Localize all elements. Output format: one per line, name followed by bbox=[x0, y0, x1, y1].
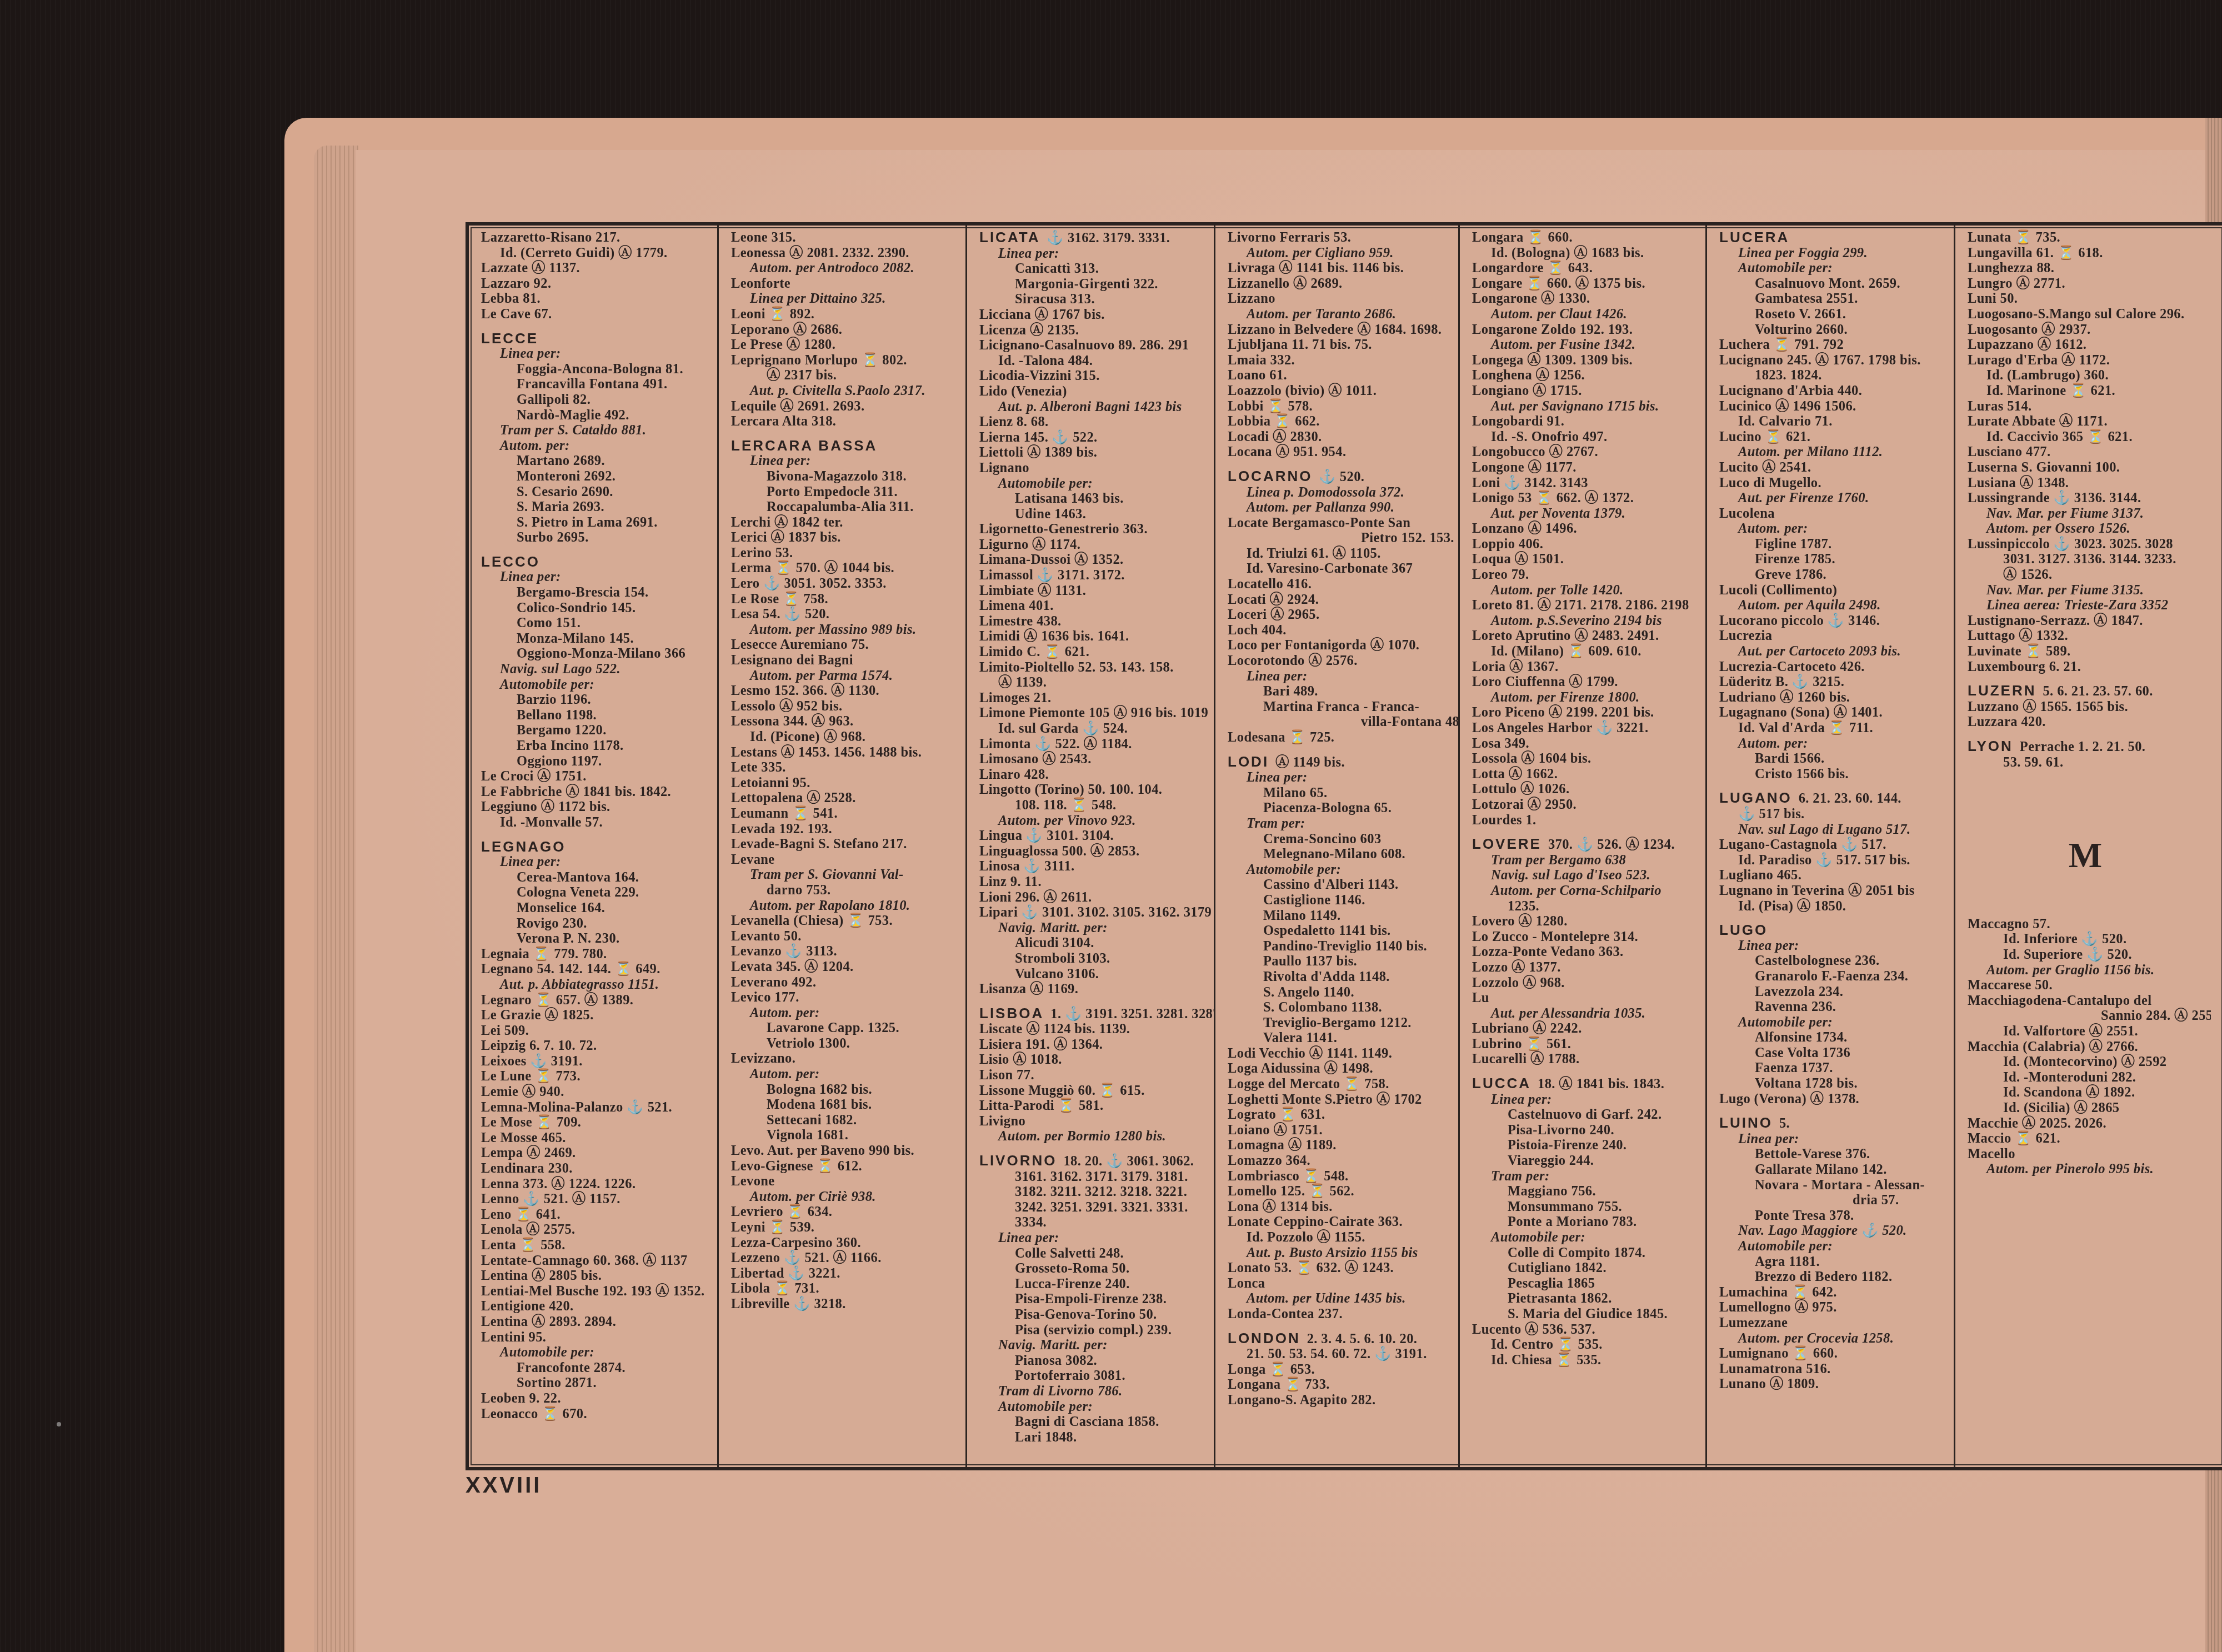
heading-references: 5. bbox=[1779, 1116, 1790, 1131]
place-entry: 1235. bbox=[1472, 899, 1700, 914]
place-entry: Le Fabbriche Ⓐ 1841 bis. 1842. bbox=[481, 784, 712, 800]
connection-line: Linea per: bbox=[1228, 770, 1453, 785]
place-entry: Macello bbox=[1968, 1147, 2205, 1162]
connection-line: Navig. Maritt. per: bbox=[979, 920, 1208, 936]
place-entry: Lendinara 230. bbox=[481, 1161, 712, 1177]
place-entry: 3161. 3162. 3171. 3179. 3181. bbox=[979, 1169, 1208, 1185]
place-entry: Lenno ⚓ 521. Ⓐ 1157. bbox=[481, 1192, 712, 1207]
place-entry: Id. (Montecorvino) Ⓐ 2592 bbox=[1968, 1054, 2205, 1070]
place-entry: Le Grazie Ⓐ 1825. bbox=[481, 1008, 712, 1023]
place-entry: S. Colombano 1138. bbox=[1228, 1000, 1453, 1015]
place-entry: Alfonsine 1734. bbox=[1719, 1030, 1948, 1045]
place-entry: Lurate Abbate Ⓐ 1171. bbox=[1968, 414, 2205, 429]
entry-heading: LEGNAGO bbox=[481, 839, 712, 855]
place-entry: Lenola Ⓐ 2575. bbox=[481, 1222, 712, 1238]
entry-heading: LECCE bbox=[481, 331, 712, 347]
place-entry: Pisa-Livorno 240. bbox=[1472, 1123, 1700, 1138]
place-entry: Lucignano d'Arbia 440. bbox=[1719, 383, 1948, 399]
connection-line: Autom. per Massino 989 bis. bbox=[731, 622, 960, 638]
heading-references: 18. Ⓐ 1841 bis. 1843. bbox=[1538, 1077, 1664, 1092]
place-entry: Bagni di Casciana 1858. bbox=[979, 1414, 1208, 1430]
place-entry: Luvinate ⏳ 589. bbox=[1968, 644, 2205, 659]
place-entry: Melegnano-Milano 608. bbox=[1228, 847, 1453, 862]
place-entry: Leporano Ⓐ 2686. bbox=[731, 322, 960, 338]
page-stack-edge bbox=[314, 146, 358, 1652]
connection-line: Linea per: bbox=[979, 246, 1208, 262]
place-entry: Levriero ⏳ 634. bbox=[731, 1204, 960, 1220]
place-entry: S. Angelo 1140. bbox=[1228, 985, 1453, 1000]
entry-heading: LUINO5. bbox=[1719, 1115, 1948, 1132]
place-entry: Lunghezza 88. bbox=[1968, 261, 2205, 276]
place-entry: Cristo 1566 bis. bbox=[1719, 767, 1948, 782]
place-entry: Le Mose ⏳ 709. bbox=[481, 1115, 712, 1130]
place-entry: Bergamo 1220. bbox=[481, 723, 712, 738]
place-entry: Valera 1141. bbox=[1228, 1030, 1453, 1046]
place-entry: Leggiuno Ⓐ 1172 bis. bbox=[481, 799, 712, 815]
heading-label: LUCCA bbox=[1472, 1075, 1531, 1092]
place-entry: Lunata ⏳ 735. bbox=[1968, 230, 2205, 246]
place-entry: Lurago d'Erba Ⓐ 1172. bbox=[1968, 353, 2205, 368]
place-entry: Ludriano Ⓐ 1260 bis. bbox=[1719, 690, 1948, 705]
place-entry: 3031. 3127. 3136. 3144. 3233. bbox=[1968, 552, 2205, 567]
connection-line: Autom. per Bormio 1280 bis. bbox=[979, 1129, 1208, 1144]
place-entry: Loiano Ⓐ 1751. bbox=[1228, 1123, 1453, 1138]
connection-line: Nav. Mar. per Fiume 3135. bbox=[1968, 583, 2205, 598]
index-column-5: Longara ⏳ 660.Id. (Bologna) Ⓐ 1683 bis.L… bbox=[1460, 226, 1707, 1467]
heading-references: Ⓐ 1149 bis. bbox=[1275, 755, 1345, 770]
connection-line: Linea p. Domodossola 372. bbox=[1228, 485, 1453, 500]
place-entry: Lumignano ⏳ 660. bbox=[1719, 1346, 1948, 1361]
place-entry: Lo Zucco - Montelepre 314. bbox=[1472, 929, 1700, 945]
connection-line: Linea per: bbox=[1472, 1092, 1700, 1108]
place-entry: Id. Centro ⏳ 535. bbox=[1472, 1337, 1700, 1353]
place-entry: Lercara Alta 318. bbox=[731, 414, 960, 429]
connection-line: Autom. per: bbox=[731, 1005, 960, 1021]
place-entry: Id. Triulzi 61. Ⓐ 1105. bbox=[1228, 546, 1453, 562]
entry-heading: LONDON2. 3. 4. 5. 6. 10. 20. bbox=[1228, 1331, 1453, 1347]
place-entry: Luserna S. Giovanni 100. bbox=[1968, 460, 2205, 475]
place-entry: Lison 77. bbox=[979, 1068, 1208, 1083]
heading-label: LIVORNO bbox=[979, 1152, 1057, 1169]
place-entry: Licenza Ⓐ 2135. bbox=[979, 323, 1208, 338]
connection-line: Autom. per Tolle 1420. bbox=[1472, 583, 1700, 598]
place-entry: Bardi 1566. bbox=[1719, 751, 1948, 767]
place-entry: Longa ⏳ 653. bbox=[1228, 1362, 1453, 1378]
place-entry: Lazzaro 92. bbox=[481, 276, 712, 292]
place-entry: Lussingrande ⚓ 3136. 3144. bbox=[1968, 490, 2205, 506]
place-entry: Leoni ⏳ 892. bbox=[731, 307, 960, 322]
place-entry: Limassol ⚓ 3171. 3172. bbox=[979, 568, 1208, 583]
place-entry: Bettole-Varese 376. bbox=[1719, 1147, 1948, 1162]
place-entry: Cutigliano 1842. bbox=[1472, 1260, 1700, 1276]
place-entry: Margonia-Girgenti 322. bbox=[979, 277, 1208, 292]
place-entry: Lienz 8. 68. bbox=[979, 414, 1208, 430]
place-entry: Maccarese 50. bbox=[1968, 978, 2205, 993]
place-entry: Castelnuovo di Garf. 242. bbox=[1472, 1107, 1700, 1123]
place-entry: Pisa-Empoli-Firenze 238. bbox=[979, 1291, 1208, 1307]
place-entry: Leipzig 6. 7. 10. 72. bbox=[481, 1038, 712, 1054]
place-entry: Le Mosse 465. bbox=[481, 1130, 712, 1146]
place-entry: Limidi Ⓐ 1636 bis. 1641. bbox=[979, 629, 1208, 644]
place-entry: Lessolo Ⓐ 952 bis. bbox=[731, 699, 960, 714]
heading-label: LUGANO bbox=[1719, 789, 1792, 806]
place-entry: Lucignano 245. Ⓐ 1767. 1798 bis. bbox=[1719, 353, 1948, 368]
place-entry: Loco per Fontanigorda Ⓐ 1070. bbox=[1228, 638, 1453, 653]
connection-line: Autom. per Udine 1435 bis. bbox=[1228, 1291, 1453, 1306]
place-entry: Lombriasco ⏳ 548. bbox=[1228, 1169, 1453, 1184]
place-entry: Luchera ⏳ 791. 792 bbox=[1719, 337, 1948, 353]
place-entry: Longobucco Ⓐ 2767. bbox=[1472, 444, 1700, 460]
place-entry: Le Prese Ⓐ 1280. bbox=[731, 337, 960, 353]
place-entry: Longega Ⓐ 1309. 1309 bis. bbox=[1472, 353, 1700, 368]
place-entry: Lingua ⚓ 3101. 3104. bbox=[979, 828, 1208, 844]
place-entry: Leonforte bbox=[731, 276, 960, 292]
place-entry: Roccapalumba-Alia 311. bbox=[731, 499, 960, 515]
place-entry: Longara ⏳ 660. bbox=[1472, 230, 1700, 246]
place-entry: Porto Empedocle 311. bbox=[731, 484, 960, 500]
place-entry: Lovero Ⓐ 1280. bbox=[1472, 914, 1700, 929]
place-entry: Milano 65. bbox=[1228, 785, 1453, 801]
place-entry: Volturino 2660. bbox=[1719, 322, 1948, 338]
connection-line: Autom. per: bbox=[1719, 736, 1948, 752]
place-entry: Cerea-Mantova 164. bbox=[481, 870, 712, 885]
place-entry: Levada 192. 193. bbox=[731, 822, 960, 837]
place-entry: S. Cesario 2690. bbox=[481, 484, 712, 500]
place-entry: Luzzano Ⓐ 1565. 1565 bis. bbox=[1968, 699, 2205, 715]
place-entry: Id. (Sicilia) Ⓐ 2865 bbox=[1968, 1100, 2205, 1116]
place-entry: 3334. bbox=[979, 1215, 1208, 1230]
heading-references: 6. 21. 23. 60. 144. bbox=[1799, 791, 1901, 806]
place-entry: Locadi Ⓐ 2830. bbox=[1228, 429, 1453, 445]
connection-line: Navig. sul Lago d'Iseo 523. bbox=[1472, 868, 1700, 883]
place-entry: Lido (Venezia) bbox=[979, 384, 1208, 399]
place-entry: Lucino ⏳ 621. bbox=[1719, 429, 1948, 445]
place-entry: Pescaglia 1865 bbox=[1472, 1276, 1700, 1291]
connection-line: Aut. p. Alberoni Bagni 1423 bis bbox=[979, 399, 1208, 415]
place-entry: Bergamo-Brescia 154. bbox=[481, 585, 712, 600]
place-entry: 53. 59. 61. bbox=[1968, 755, 2205, 770]
connection-line: Aut. per Noventa 1379. bbox=[1472, 506, 1700, 522]
place-entry: Loro Ciuffenna Ⓐ 1799. bbox=[1472, 674, 1700, 690]
place-entry: Pianosa 3082. bbox=[979, 1353, 1208, 1369]
connection-line: Autom. per: bbox=[731, 1067, 960, 1082]
place-entry: Nardò-Maglie 492. bbox=[481, 408, 712, 423]
place-entry: Lucrezia-Cartoceto 426. bbox=[1719, 659, 1948, 675]
entry-heading: LICATA⚓ 3162. 3179. 3331. bbox=[979, 230, 1208, 246]
entry-heading: LISBOA1. ⚓ 3191. 3251. 3281. 3287 bbox=[979, 1006, 1208, 1022]
place-entry: Milano 1149. bbox=[1228, 908, 1453, 924]
connection-line: Aut. p. Civitella S.Paolo 2317. bbox=[731, 383, 960, 399]
place-entry: Libola ⏳ 731. bbox=[731, 1281, 960, 1296]
place-entry: Lingotto (Torino) 50. 100. 104. bbox=[979, 782, 1208, 798]
entry-heading: LYONPerrache 1. 2. 21. 50. bbox=[1968, 739, 2205, 755]
connection-line: Tram di Livorno 786. bbox=[979, 1384, 1208, 1399]
heading-label: LONDON bbox=[1228, 1330, 1300, 1346]
place-entry: Levico 177. bbox=[731, 990, 960, 1005]
place-entry: Lizzano bbox=[1228, 291, 1453, 307]
place-entry: Rovigo 230. bbox=[481, 916, 712, 932]
place-entry: Longiano Ⓐ 1715. bbox=[1472, 383, 1700, 399]
place-entry: Id. -Monteroduni 282. bbox=[1968, 1070, 2205, 1085]
place-entry: Lisanza Ⓐ 1169. bbox=[979, 982, 1208, 997]
place-entry: Ⓐ 1139. bbox=[979, 675, 1208, 690]
place-entry: Longobardi 91. bbox=[1472, 414, 1700, 429]
place-entry: Lemna-Molina-Palanzo ⚓ 521. bbox=[481, 1100, 712, 1115]
place-entry: Lobbi ⏳ 578. bbox=[1228, 399, 1453, 414]
connection-line: Nav. Lago Maggiore ⚓ 520. bbox=[1719, 1223, 1948, 1239]
place-entry: Lavarone Capp. 1325. bbox=[731, 1020, 960, 1036]
connection-line: Automobile per: bbox=[1719, 1015, 1948, 1030]
place-entry: Francavilla Fontana 491. bbox=[481, 377, 712, 392]
place-entry: S. Maria 2693. bbox=[481, 499, 712, 515]
place-entry: Legnaia ⏳ 779. 780. bbox=[481, 947, 712, 962]
place-entry: Castiglione 1146. bbox=[1228, 893, 1453, 908]
index-column-2: Leone 315.Leonessa Ⓐ 2081. 2332. 2390.Au… bbox=[719, 226, 967, 1467]
place-entry: Levo-Gignese ⏳ 612. bbox=[731, 1159, 960, 1174]
place-entry: Loch 404. bbox=[1228, 623, 1453, 638]
place-entry: Limbiate Ⓐ 1131. bbox=[979, 583, 1208, 599]
place-entry: Id. Inferiore ⚓ 520. bbox=[1968, 932, 2205, 947]
place-entry: Lozzolo Ⓐ 968. bbox=[1472, 975, 1700, 991]
place-entry: Lona Ⓐ 1314 bis. bbox=[1228, 1199, 1453, 1215]
section-letter: M bbox=[1968, 848, 2205, 863]
place-entry: Loqua Ⓐ 1501. bbox=[1472, 552, 1700, 567]
entry-heading: LODIⒶ 1149 bis. bbox=[1228, 754, 1453, 770]
place-entry: Id. sul Garda ⚓ 524. bbox=[979, 721, 1208, 737]
connection-line: Autom. per: bbox=[1719, 521, 1948, 537]
place-entry: Lugo (Verona) Ⓐ 1378. bbox=[1719, 1092, 1948, 1107]
place-entry: Luco di Mugello. bbox=[1719, 475, 1948, 491]
place-entry: Limone Piemonte 105 Ⓐ 916 bis. 1019 bbox=[979, 705, 1208, 721]
place-entry: Sortino 2871. bbox=[481, 1375, 712, 1391]
place-entry: Libertad ⚓ 3221. bbox=[731, 1266, 960, 1281]
place-entry: Loni ⚓ 3142. 3143 bbox=[1472, 475, 1700, 491]
place-entry: Id. Scandona Ⓐ 1892. bbox=[1968, 1085, 2205, 1100]
entry-heading: LECCO bbox=[481, 554, 712, 570]
place-entry: Leixoes ⚓ 3191. bbox=[481, 1054, 712, 1069]
place-entry: Portoferraio 3081. bbox=[979, 1368, 1208, 1384]
connection-line: Autom. per Aquila 2498. bbox=[1719, 598, 1948, 613]
heading-label: LECCO bbox=[481, 553, 540, 570]
place-entry: Loghetti Monte S.Pietro Ⓐ 1702 bbox=[1228, 1092, 1453, 1108]
place-entry: Lonzano Ⓐ 1496. bbox=[1472, 521, 1700, 537]
heading-references: 18. 20. ⚓ 3061. 3062. bbox=[1063, 1154, 1194, 1169]
place-entry: Id. (Bologna) Ⓐ 1683 bis. bbox=[1472, 246, 1700, 261]
place-entry: Paullo 1137 bis. bbox=[1228, 954, 1453, 969]
place-entry: Grosseto-Roma 50. bbox=[979, 1261, 1208, 1276]
place-entry: Lodesana ⏳ 725. bbox=[1228, 730, 1453, 745]
index-column-1: Lazzaretto-Risano 217.Id. (Cerreto Guidi… bbox=[469, 226, 719, 1467]
place-entry: Lentigione 420. bbox=[481, 1299, 712, 1314]
place-entry: Lerici Ⓐ 1837 bis. bbox=[731, 530, 960, 545]
place-entry: Luzzara 420. bbox=[1968, 714, 2205, 730]
place-entry: ⚓ 517 bis. bbox=[1719, 807, 1948, 822]
connection-line: Nav. Mar. per Fiume 3137. bbox=[1968, 506, 2205, 522]
place-entry: Gambatesa 2551. bbox=[1719, 291, 1948, 307]
place-entry: Ⓐ 2317 bis. bbox=[731, 368, 960, 383]
place-entry: Modena 1681 bis. bbox=[731, 1097, 960, 1113]
place-entry: Id. Superiore ⚓ 520. bbox=[1968, 947, 2205, 963]
place-entry: Levanto 50. bbox=[731, 929, 960, 944]
place-entry: Firenze 1785. bbox=[1719, 552, 1948, 567]
place-entry: Monteroni 2692. bbox=[481, 469, 712, 484]
place-entry: Lumachina ⏳ 642. bbox=[1719, 1285, 1948, 1300]
place-entry: Le Lune ⏳ 773. bbox=[481, 1069, 712, 1084]
place-entry: Legnaro ⏳ 657. Ⓐ 1389. bbox=[481, 993, 712, 1008]
connection-line: Linea per: bbox=[481, 346, 712, 362]
place-entry: Lograto ⏳ 631. bbox=[1228, 1107, 1453, 1123]
place-entry: Bellano 1198. bbox=[481, 708, 712, 723]
place-entry: Levone bbox=[731, 1174, 960, 1189]
place-entry: Gallarate Milano 142. bbox=[1719, 1162, 1948, 1178]
place-entry: Leverano 492. bbox=[731, 975, 960, 990]
place-entry: Lesecce Auremiano 75. bbox=[731, 637, 960, 653]
place-entry: Lentate-Camnago 60. 368. Ⓐ 1137 bbox=[481, 1253, 712, 1269]
place-entry: Locorotondo Ⓐ 2576. bbox=[1228, 653, 1453, 669]
connection-line: Autom. per Vinovo 923. bbox=[979, 813, 1208, 829]
place-entry: Pandino-Treviglio 1140 bis. bbox=[1228, 939, 1453, 954]
connection-line: Automobile per: bbox=[481, 1345, 712, 1360]
connection-line: Linea per: bbox=[1719, 1132, 1948, 1147]
connection-line: Automobile per: bbox=[1228, 862, 1453, 878]
place-entry: Leone 315. bbox=[731, 230, 960, 246]
place-entry: Sannio 284. Ⓐ 2556 bbox=[1968, 1008, 2205, 1024]
connection-line: Autom. per Parma 1574. bbox=[731, 668, 960, 684]
connection-line: Aut. per Savignano 1715 bis. bbox=[1472, 399, 1700, 414]
connection-line: Tram per: bbox=[1472, 1169, 1700, 1184]
place-entry: Lucoli (Collimento) bbox=[1719, 583, 1948, 598]
connection-line: Linea per: bbox=[1719, 938, 1948, 954]
place-entry: Loreto 81. Ⓐ 2171. 2178. 2186. 2198 bbox=[1472, 598, 1700, 613]
place-entry: Lobbia ⏳ 662. bbox=[1228, 414, 1453, 429]
place-entry: S. Pietro in Lama 2691. bbox=[481, 515, 712, 530]
place-entry: Levata 345. Ⓐ 1204. bbox=[731, 959, 960, 975]
place-entry: Loppio 406. bbox=[1472, 537, 1700, 552]
place-entry: Lomello 125. ⏳ 562. bbox=[1228, 1184, 1453, 1199]
connection-line: Nav. sul Lago di Lugano 517. bbox=[1719, 822, 1948, 838]
place-entry: Leno ⏳ 641. bbox=[481, 1207, 712, 1223]
place-entry: Libreville ⚓ 3218. bbox=[731, 1296, 960, 1312]
connection-line: Automobile per: bbox=[481, 677, 712, 693]
place-entry: Stromboli 3103. bbox=[979, 951, 1208, 967]
place-entry: Litta-Parodi ⏳ 581. bbox=[979, 1098, 1208, 1114]
place-entry: Id. (Lambrugo) 360. bbox=[1968, 368, 2205, 383]
place-entry: Id. Marinone ⏳ 621. bbox=[1968, 383, 2205, 399]
connection-line: Autom. per Ossero 1526. bbox=[1968, 521, 2205, 537]
entry-heading: LUCCA18. Ⓐ 1841 bis. 1843. bbox=[1472, 1076, 1700, 1092]
heading-label: LUGO bbox=[1719, 922, 1768, 938]
heading-label: LUINO bbox=[1719, 1114, 1773, 1131]
place-entry: Lourdes 1. bbox=[1472, 813, 1700, 828]
place-entry: Lentina Ⓐ 2805 bis. bbox=[481, 1268, 712, 1284]
place-entry: Pistoia-Firenze 240. bbox=[1472, 1138, 1700, 1153]
place-entry: Livraga Ⓐ 1141 bis. 1146 bis. bbox=[1228, 261, 1453, 276]
place-entry: Lucento Ⓐ 536. 537. bbox=[1472, 1322, 1700, 1338]
place-entry: Letoianni 95. bbox=[731, 775, 960, 791]
place-entry: Agra 1181. bbox=[1719, 1254, 1948, 1270]
entry-heading: LUGANO6. 21. 23. 60. 144. bbox=[1719, 790, 1948, 807]
place-entry: Lusiana Ⓐ 1348. bbox=[1968, 475, 2205, 491]
place-entry: Lusciano 477. bbox=[1968, 444, 2205, 460]
place-entry: Brezzo di Bedero 1182. bbox=[1719, 1269, 1948, 1285]
place-entry: Lezza-Carpesino 360. bbox=[731, 1235, 960, 1251]
connection-line: Navig. sul Lago 522. bbox=[481, 662, 712, 677]
place-entry: Ⓐ 1526. bbox=[1968, 567, 2205, 583]
heading-references: ⚓ 520. bbox=[1319, 469, 1364, 484]
place-entry: Ponte Tresa 378. bbox=[1719, 1208, 1948, 1224]
place-entry: Canicattì 313. bbox=[979, 261, 1208, 277]
place-entry: Lei 509. bbox=[481, 1023, 712, 1039]
place-entry: Roseto V. 2661. bbox=[1719, 307, 1948, 322]
place-entry: Cassino d'Alberi 1143. bbox=[1228, 877, 1453, 893]
place-entry: dria 57. bbox=[1719, 1193, 1948, 1208]
place-entry: Viareggio 244. bbox=[1472, 1153, 1700, 1169]
place-entry: Lesignano dei Bagni bbox=[731, 653, 960, 668]
heading-label: LYON bbox=[1968, 738, 2013, 754]
place-entry: Id. Pozzolo Ⓐ 1155. bbox=[1228, 1230, 1453, 1245]
place-entry: Longana ⏳ 733. bbox=[1228, 1377, 1453, 1393]
place-entry: Lunano Ⓐ 1809. bbox=[1719, 1376, 1948, 1392]
place-entry: Losa 349. bbox=[1472, 736, 1700, 752]
entry-heading: LOVERE370. ⚓ 526. Ⓐ 1234. bbox=[1472, 837, 1700, 853]
place-entry: Le Cave 67. bbox=[481, 307, 712, 322]
connection-line: Aut. per Cartoceto 2093 bis. bbox=[1719, 644, 1948, 659]
place-entry: Licignano-Casalnuovo 89. 286. 291 bbox=[979, 338, 1208, 353]
index-columns: Lazzaretto-Risano 217.Id. (Cerreto Guidi… bbox=[469, 226, 2222, 1467]
place-entry: Locate Bergamasco-Ponte San bbox=[1228, 515, 1453, 531]
place-entry: Pietrasanta 1862. bbox=[1472, 1291, 1700, 1306]
place-entry: Lotzorai Ⓐ 2950. bbox=[1472, 797, 1700, 813]
place-entry: Le Rose ⏳ 758. bbox=[731, 592, 960, 607]
place-entry: Lonigo 53 ⏳ 662. Ⓐ 1372. bbox=[1472, 490, 1700, 506]
place-entry: Ospedaletto 1141 bis. bbox=[1228, 923, 1453, 939]
place-entry: Luogosanto Ⓐ 2937. bbox=[1968, 322, 2205, 338]
place-entry: S. Maria del Giudice 1845. bbox=[1472, 1306, 1700, 1322]
connection-line: Automobile per: bbox=[1719, 1239, 1948, 1254]
place-entry: Novara - Mortara - Alessan- bbox=[1719, 1178, 1948, 1193]
place-entry: Loazzolo (bivio) Ⓐ 1011. bbox=[1228, 383, 1453, 399]
place-entry: Le Croci Ⓐ 1751. bbox=[481, 769, 712, 784]
place-entry: villa-Fontana 487. bbox=[1228, 714, 1453, 730]
place-entry: Liettoli Ⓐ 1389 bis. bbox=[979, 445, 1208, 460]
place-entry: Lizzano in Belvedere Ⓐ 1684. 1698. bbox=[1228, 322, 1453, 338]
place-entry: Lunamatrona 516. bbox=[1719, 1361, 1948, 1377]
connection-line: Automobile per: bbox=[979, 1399, 1208, 1415]
connection-line: Autom. per: bbox=[481, 438, 712, 454]
index-column-3: LICATA⚓ 3162. 3179. 3331.Linea per:Canic… bbox=[967, 226, 1215, 1467]
heading-label: LISBOA bbox=[979, 1005, 1044, 1022]
place-entry: Lierna 145. ⚓ 522. bbox=[979, 430, 1208, 445]
place-entry: Levanzo ⚓ 3113. bbox=[731, 944, 960, 959]
place-entry: Lungavilla 61. ⏳ 618. bbox=[1968, 246, 2205, 261]
place-entry: Lenta ⏳ 558. bbox=[481, 1238, 712, 1253]
place-entry: Macchiagodena-Cantalupo del bbox=[1968, 993, 2205, 1009]
heading-label: LERCARA BASSA bbox=[731, 437, 877, 454]
place-entry: Loano 61. bbox=[1228, 368, 1453, 383]
connection-line: Autom. per Crocevia 1258. bbox=[1719, 1331, 1948, 1346]
place-entry: Id. Calvario 71. bbox=[1719, 414, 1948, 429]
place-entry: 3182. 3211. 3212. 3218. 3221. bbox=[979, 1184, 1208, 1200]
connection-line: Autom. per Graglio 1156 bis. bbox=[1968, 963, 2205, 978]
place-entry: Lonato 53. ⏳ 632. Ⓐ 1243. bbox=[1228, 1260, 1453, 1276]
place-entry: Maccio ⏳ 621. bbox=[1968, 1131, 2205, 1147]
place-entry: Id. (Pisa) Ⓐ 1850. bbox=[1719, 899, 1948, 914]
place-entry: Oggiono 1197. bbox=[481, 754, 712, 769]
place-entry: Lucito Ⓐ 2541. bbox=[1719, 460, 1948, 475]
place-entry: Lisiera 191. Ⓐ 1364. bbox=[979, 1037, 1208, 1053]
place-entry: Ponte a Moriano 783. bbox=[1472, 1214, 1700, 1230]
place-entry: Licciana Ⓐ 1767 bis. bbox=[979, 307, 1208, 323]
